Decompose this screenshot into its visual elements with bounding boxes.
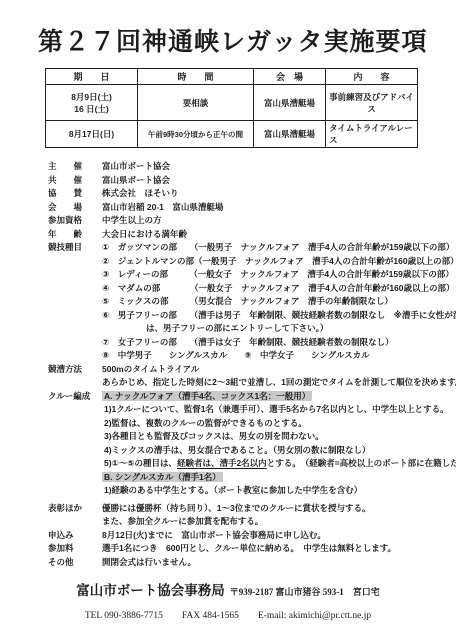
field-value: 8月12日(火)までに 富山市ボート協会事務局に申し込む。 [102, 529, 440, 543]
field-value: 富山県ボート協会 [102, 174, 440, 188]
info-row-fee: 参加料 選手1名につき 600円とし、クルー単位に納める。 中学生は無料とします… [48, 542, 440, 556]
venue-cell: 富山県漕艇場 [254, 121, 326, 148]
crew-rules: A. ナックルフォア（漕手4名、コックス1名：一般用） 1)1クルーについて、監… [102, 390, 456, 498]
content-cell: 事前練習及びアドバイス [326, 85, 418, 121]
header-cell-content: 内 容 [326, 69, 418, 85]
schedule-row-practice: 8月9日(土) 16 日(土) 要相談 富山県漕艇場 事前練習及びアドバイス [46, 85, 418, 121]
event-item: ⑥ 男子フリーの部 （漕手は男子 年齢制限、競技経験者数の制限なし ※漕手に女性… [102, 309, 456, 323]
field-value: 株式会社 ほそいり [102, 187, 440, 201]
info-row-co-organizer: 共 催 富山県ボート協会 [48, 174, 440, 188]
race-method-line: あらかじめ、指定した時刻に2～3組で並漕し、1回の測定でタイムを計測して順位を決… [102, 376, 456, 390]
crew-rule: 1)経験のある中学生とする。（ボート教室に参加した中学生を含む） [102, 484, 456, 498]
field-value: 選手1名につき 600円とし、クルー単位に納める。 中学生は無料とします。 [102, 542, 440, 556]
header-cell-date: 期 日 [46, 69, 138, 85]
date-cell: 8月9日(土) 16 日(土) [46, 85, 138, 121]
schedule-row-race: 8月17日(日) 午前9時30分頃から正午の間 富山県漕艇場 タイムトライアルレ… [46, 121, 418, 148]
event-item: ⑤ ミックスの部 （男女混合 ナックルフォア 漕手の年齢制限なし） [102, 295, 456, 309]
field-value: 中学生以上の方 [102, 214, 440, 228]
crew-rule: 1)1クルーについて、監督1名（兼選手可）、選手5名から7名以内とし、中学生以上… [102, 403, 456, 417]
field-label: 主 催 [48, 160, 102, 174]
date-cell: 8月17日(日) [46, 121, 138, 148]
field-label: 表彰ほか [48, 502, 102, 516]
info-row-organizer: 主 催 富山市ボート協会 [48, 160, 440, 174]
date-line: 8月9日(土) [49, 91, 134, 103]
field-value: 富山市岩稲 20-1 富山県漕艇場 [102, 201, 440, 215]
office-address: 〒939-2187 富山市猪谷 593-1 宮口宅 [230, 587, 380, 597]
field-label: 競技種目 [48, 241, 102, 255]
field-label: その他 [48, 556, 102, 570]
content-cell: タイムトライアルレース [326, 121, 418, 148]
document-footer: 富山市ボート協会事務局〒939-2187 富山市猪谷 593-1 宮口宅 TEL… [0, 579, 456, 621]
race-method-text: 500mのタイムトライアル あらかじめ、指定した時刻に2～3組で並漕し、1回の測… [102, 363, 456, 390]
field-value: 大会日における満年齢 [102, 228, 440, 242]
document-page: 第２７回神通峡レガッタ実施要項 期 日 時 間 会 場 内 容 8月9日(土) … [0, 0, 456, 644]
section-race-method: 競漕方法 500mのタイムトライアル あらかじめ、指定した時刻に2～3組で並漕し… [48, 363, 440, 390]
field-label: クルー編成 [48, 390, 102, 404]
crew-heading-b: B. シングルスカル（漕手1名） [102, 471, 456, 485]
crew-heading-a: A. ナックルフォア（漕手4名、コックス1名：一般用） [102, 390, 456, 404]
event-item: ② ジェントルマンの部（一般男子 ナックルフォア 漕手4人の合計年齢が160歳以… [102, 255, 456, 269]
document-body: 主 催 富山市ボート協会 共 催 富山県ボート協会 協 賛 株式会社 ほそいり … [48, 160, 440, 569]
field-label: 参加資格 [48, 214, 102, 228]
office-name: 富山市ボート協会事務局 [76, 583, 225, 598]
office-line: 富山市ボート協会事務局〒939-2187 富山市猪谷 593-1 宮口宅 [0, 579, 456, 600]
field-label: 年 齢 [48, 228, 102, 242]
rule5-underlined-text: 経験者は、漕手2名以内 [177, 458, 267, 468]
field-label: 申込み [48, 529, 102, 543]
event-item: ⑦ 女子フリーの部 （漕手は女子 年齢制限、競技経験者数の制限なし） [102, 336, 456, 350]
crew-rule-5: 5)①～⑤の種目は、経験者は、漕手2名以内とする。 （経験者=高校以上のボート部… [102, 457, 456, 471]
venue-cell: 富山県漕艇場 [254, 85, 326, 121]
crew-rule: 4)ミックスの漕手は、男女混合であること。（男女別の数に制限なし） [102, 444, 456, 458]
events-list: ① ガッツマンの部 （一般男子 ナックルフォア 漕手4人の合計年齢が159歳以下… [102, 241, 456, 363]
field-label: 参加料 [48, 542, 102, 556]
section-events: 競技種目 ① ガッツマンの部 （一般男子 ナックルフォア 漕手4人の合計年齢が1… [48, 241, 440, 363]
field-label: 会 場 [48, 201, 102, 215]
header-cell-venue: 会 場 [254, 69, 326, 85]
info-row-sponsor: 協 賛 株式会社 ほそいり [48, 187, 440, 201]
contact-line: TEL 090-3886-7715 FAX 484-1565 E-mail: a… [0, 607, 456, 621]
awards-text: 優勝には優勝杯（持ち回り）、1～3位までのクルーに賞状を授与する。 また、参加全… [102, 502, 440, 529]
rule5-prefix: 5)①～⑤の種目は、 [104, 458, 177, 468]
highlighted-text: B. シングルスカル（漕手1名） [102, 472, 223, 482]
time-cell: 要相談 [138, 85, 254, 121]
field-value: 開閉会式は行いません。 [102, 556, 440, 570]
header-cell-time: 時 間 [138, 69, 254, 85]
time-cell: 午前9時30分頃から正午の間 [138, 121, 254, 148]
section-awards: 表彰ほか 優勝には優勝杯（持ち回り）、1～3位までのクルーに賞状を授与する。 ま… [48, 502, 440, 529]
schedule-table: 期 日 時 間 会 場 内 容 8月9日(土) 16 日(土) 要相談 富山県漕… [45, 68, 418, 148]
event-item: ④ マダムの部 （一般女子 ナックルフォア 漕手4人の合計年齢が160歳以上の部… [102, 282, 456, 296]
field-label: 共 催 [48, 174, 102, 188]
event-item: ③ レディーの部 （一般女子 ナックルフォア 漕手4人の合計年齢が159歳以下の… [102, 268, 456, 282]
awards-line: また、参加全クルーに参加賞を配布する。 [102, 515, 440, 529]
field-label: 競漕方法 [48, 363, 102, 377]
event-item-continuation: は、男子フリーの部にエントリーして下さい。） [102, 322, 456, 336]
info-row-other: その他 開閉会式は行いません。 [48, 556, 440, 570]
event-item: ① ガッツマンの部 （一般男子 ナックルフォア 漕手4人の合計年齢が159歳以下… [102, 241, 456, 255]
info-row-entry: 申込み 8月12日(火)までに 富山市ボート協会事務局に申し込む。 [48, 529, 440, 543]
info-row-age: 年 齢 大会日における満年齢 [48, 228, 440, 242]
section-crew: クルー編成 A. ナックルフォア（漕手4名、コックス1名：一般用） 1)1クルー… [48, 390, 440, 498]
page-title: 第２７回神通峡レガッタ実施要項 [0, 0, 456, 58]
highlighted-text: A. ナックルフォア（漕手4名、コックス1名：一般用） [102, 391, 312, 401]
crew-rule: 3)各種目とも監督及びコックスは、男女の別を問わない。 [102, 430, 456, 444]
crew-rule: 2)監督は、複数のクルーの監督ができるものとする。 [102, 417, 456, 431]
awards-line: 優勝には優勝杯（持ち回り）、1～3位までのクルーに賞状を授与する。 [102, 502, 440, 516]
field-value: 富山市ボート協会 [102, 160, 440, 174]
field-label: 協 賛 [48, 187, 102, 201]
race-method-line: 500mのタイムトライアル [102, 363, 456, 377]
schedule-header-row: 期 日 時 間 会 場 内 容 [46, 69, 418, 85]
info-row-eligibility: 参加資格 中学生以上の方 [48, 214, 440, 228]
info-row-venue: 会 場 富山市岩稲 20-1 富山県漕艇場 [48, 201, 440, 215]
date-line: 16 日(土) [49, 103, 134, 115]
rule5-suffix: とする。 （経験者=高校以上のボート部に在籍した方） [267, 458, 456, 468]
event-item: ⑧ 中学男子 シングルスカル ⑨ 中学女子 シングルスカル [102, 349, 456, 363]
